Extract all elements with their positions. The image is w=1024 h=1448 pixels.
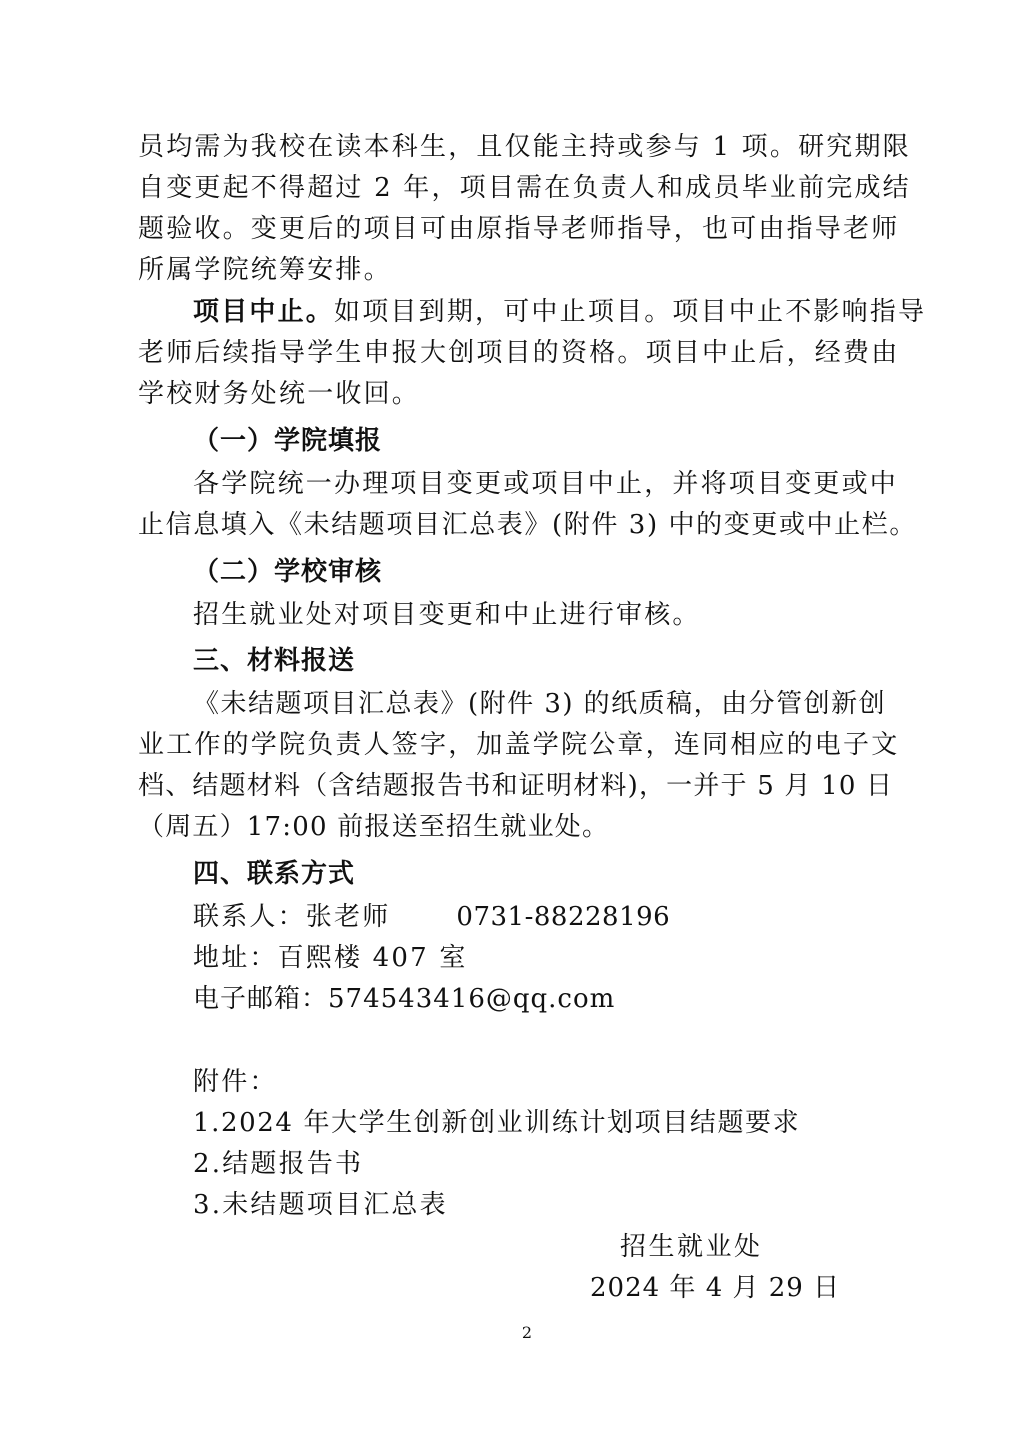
body-text-line: 止信息填入《未结题项目汇总表》(附件 3) 中的变更或中止栏。	[138, 505, 917, 545]
page-number: 2	[0, 1323, 1024, 1342]
section-heading-contact: 四、联系方式	[193, 854, 355, 894]
body-text: 如项目到期，可中止项目。项目中止不影响指导	[334, 297, 926, 327]
body-text-line: 各学院统一办理项目变更或项目中止，并将项目变更或中	[193, 464, 886, 504]
contact-address: 地址：百熙楼 407 室	[193, 938, 468, 978]
subsection-heading-school: （二）学校审核	[193, 552, 382, 592]
body-text-line: 所属学院统筹安排。	[138, 250, 392, 290]
document-page: 员均需为我校在读本科生，且仅能主持或参与 1 项。研究期限 自变更起不得超过 2…	[0, 0, 1024, 1448]
section-heading-materials: 三、材料报送	[193, 641, 355, 681]
body-text-line: 业工作的学院负责人签字，加盖学院公章，连同相应的电子文	[138, 725, 886, 765]
subsection-heading-college: （一）学院填报	[193, 421, 382, 461]
body-text-line: 招生就业处对项目变更和中止进行审核。	[193, 595, 701, 635]
termination-lead: 项目中止。	[193, 297, 334, 327]
body-text-line: 自变更起不得超过 2 年，项目需在负责人和成员毕业前完成结	[138, 168, 886, 208]
contact-phone: 0731-88228196	[456, 897, 670, 937]
signature-office: 招生就业处	[620, 1227, 763, 1267]
body-text-line: 题验收。变更后的项目可由原指导老师指导，也可由指导老师	[138, 209, 886, 249]
attachment-item: 3.未结题项目汇总表	[193, 1185, 448, 1225]
body-text-line: （周五）17:00 前报送至招生就业处。	[138, 807, 609, 847]
attachment-item: 1.2024 年大学生创新创业训练计划项目结题要求	[193, 1103, 800, 1143]
body-text-line: 员均需为我校在读本科生，且仅能主持或参与 1 项。研究期限	[138, 127, 886, 167]
body-text-line: 老师后续指导学生申报大创项目的资格。项目中止后，经费由	[138, 333, 886, 373]
body-text-line: 学校财务处统一收回。	[138, 374, 420, 414]
body-text-line: 《未结题项目汇总表》(附件 3) 的纸质稿，由分管创新创	[193, 684, 886, 724]
contact-email: 电子邮箱：574543416@qq.com	[193, 979, 615, 1019]
body-text-line: 档、结题材料（含结题报告书和证明材料)，一并于 5 月 10 日	[138, 766, 886, 806]
contact-person: 联系人：张老师	[193, 902, 390, 932]
signature-date: 2024 年 4 月 29 日	[590, 1268, 840, 1308]
attachments-label: 附件：	[193, 1062, 278, 1102]
termination-paragraph-first-line: 项目中止。如项目到期，可中止项目。项目中止不影响指导	[193, 292, 886, 332]
attachment-item: 2.结题报告书	[193, 1144, 363, 1184]
contact-person-line: 联系人：张老师0731-88228196	[193, 897, 670, 937]
